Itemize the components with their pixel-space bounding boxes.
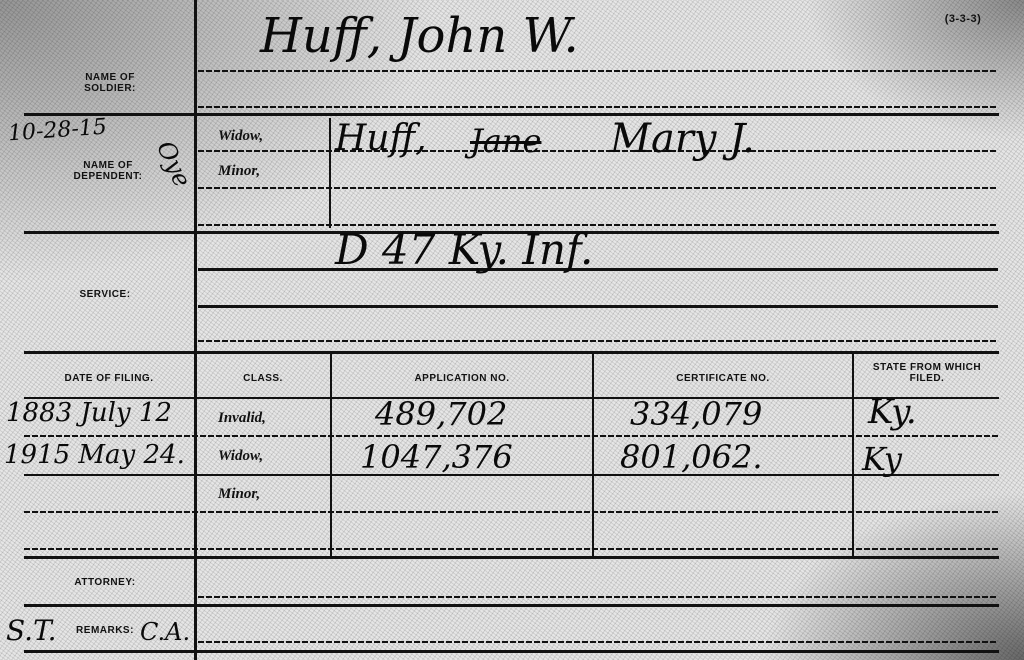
side-annotation: 10-28-15 bbox=[7, 115, 107, 147]
rule bbox=[198, 70, 998, 72]
rule bbox=[198, 268, 998, 271]
rule bbox=[198, 641, 998, 643]
rule bbox=[198, 305, 998, 308]
class-app-divider bbox=[330, 352, 332, 557]
rule bbox=[24, 548, 999, 550]
dependent-bracket-line bbox=[329, 118, 331, 228]
row3-class: Minor, bbox=[218, 486, 260, 503]
row1-certificate: 334,079 bbox=[630, 395, 762, 433]
rule bbox=[198, 150, 998, 152]
rule bbox=[24, 113, 999, 116]
row1-application: 489,702 bbox=[375, 395, 507, 433]
rule bbox=[198, 187, 998, 189]
row1-date: 1883 July 12 bbox=[6, 398, 172, 428]
name-of-soldier-label: NAME OF SOLDIER: bbox=[60, 72, 160, 94]
rule bbox=[24, 511, 999, 513]
rule bbox=[24, 556, 999, 559]
row1-state: Ky. bbox=[868, 392, 917, 432]
widow-label: Widow, bbox=[218, 128, 263, 145]
form-code: (3-3-3) bbox=[928, 14, 998, 25]
col-header-application: APPLICATION NO. bbox=[334, 373, 590, 384]
remarks-prefix: S.T. bbox=[6, 614, 57, 647]
rule bbox=[198, 224, 998, 226]
remarks-value: C.A. bbox=[140, 618, 190, 646]
rule bbox=[24, 351, 999, 354]
rule bbox=[198, 596, 998, 598]
col-header-class: CLASS. bbox=[198, 373, 328, 384]
row1-class: Invalid, bbox=[218, 410, 266, 427]
attorney-label: ATTORNEY: bbox=[55, 577, 155, 588]
row2-certificate: 801,062. bbox=[620, 438, 763, 476]
soldier-name: Huff, John W. bbox=[260, 8, 579, 64]
minor-label: Minor, bbox=[218, 163, 260, 180]
col-header-state: STATE FROM WHICH FILED. bbox=[862, 362, 992, 384]
col-header-date: DATE OF FILING. bbox=[24, 373, 194, 384]
rule bbox=[198, 340, 998, 342]
widow-name-struck: Jane bbox=[470, 122, 541, 160]
row2-date: 1915 May 24. bbox=[4, 440, 185, 470]
service-value: D 47 Ky. Inf. bbox=[335, 225, 593, 274]
remarks-label: REMARKS: bbox=[65, 625, 145, 636]
widow-name: Mary J. bbox=[610, 116, 755, 162]
row2-application: 1047,376 bbox=[360, 438, 513, 476]
rule bbox=[24, 435, 999, 437]
side-annotation-extra: Oye bbox=[151, 137, 196, 192]
pension-index-card: (3-3-3) NAME OF SOLDIER: NAME OF DEPENDE… bbox=[0, 0, 1024, 660]
widow-name-prefix: Huff, bbox=[335, 118, 427, 159]
row2-state: Ky bbox=[862, 440, 902, 478]
rule bbox=[24, 604, 999, 607]
cert-state-divider bbox=[852, 352, 854, 557]
rule bbox=[198, 106, 998, 108]
col-header-certificate: CERTIFICATE NO. bbox=[596, 373, 850, 384]
rule bbox=[24, 650, 999, 653]
left-column-divider bbox=[194, 0, 197, 660]
app-cert-divider bbox=[592, 352, 594, 557]
row2-class: Widow, bbox=[218, 448, 263, 465]
service-label: SERVICE: bbox=[60, 289, 150, 300]
name-of-dependent-label: NAME OF DEPENDENT: bbox=[48, 160, 168, 182]
